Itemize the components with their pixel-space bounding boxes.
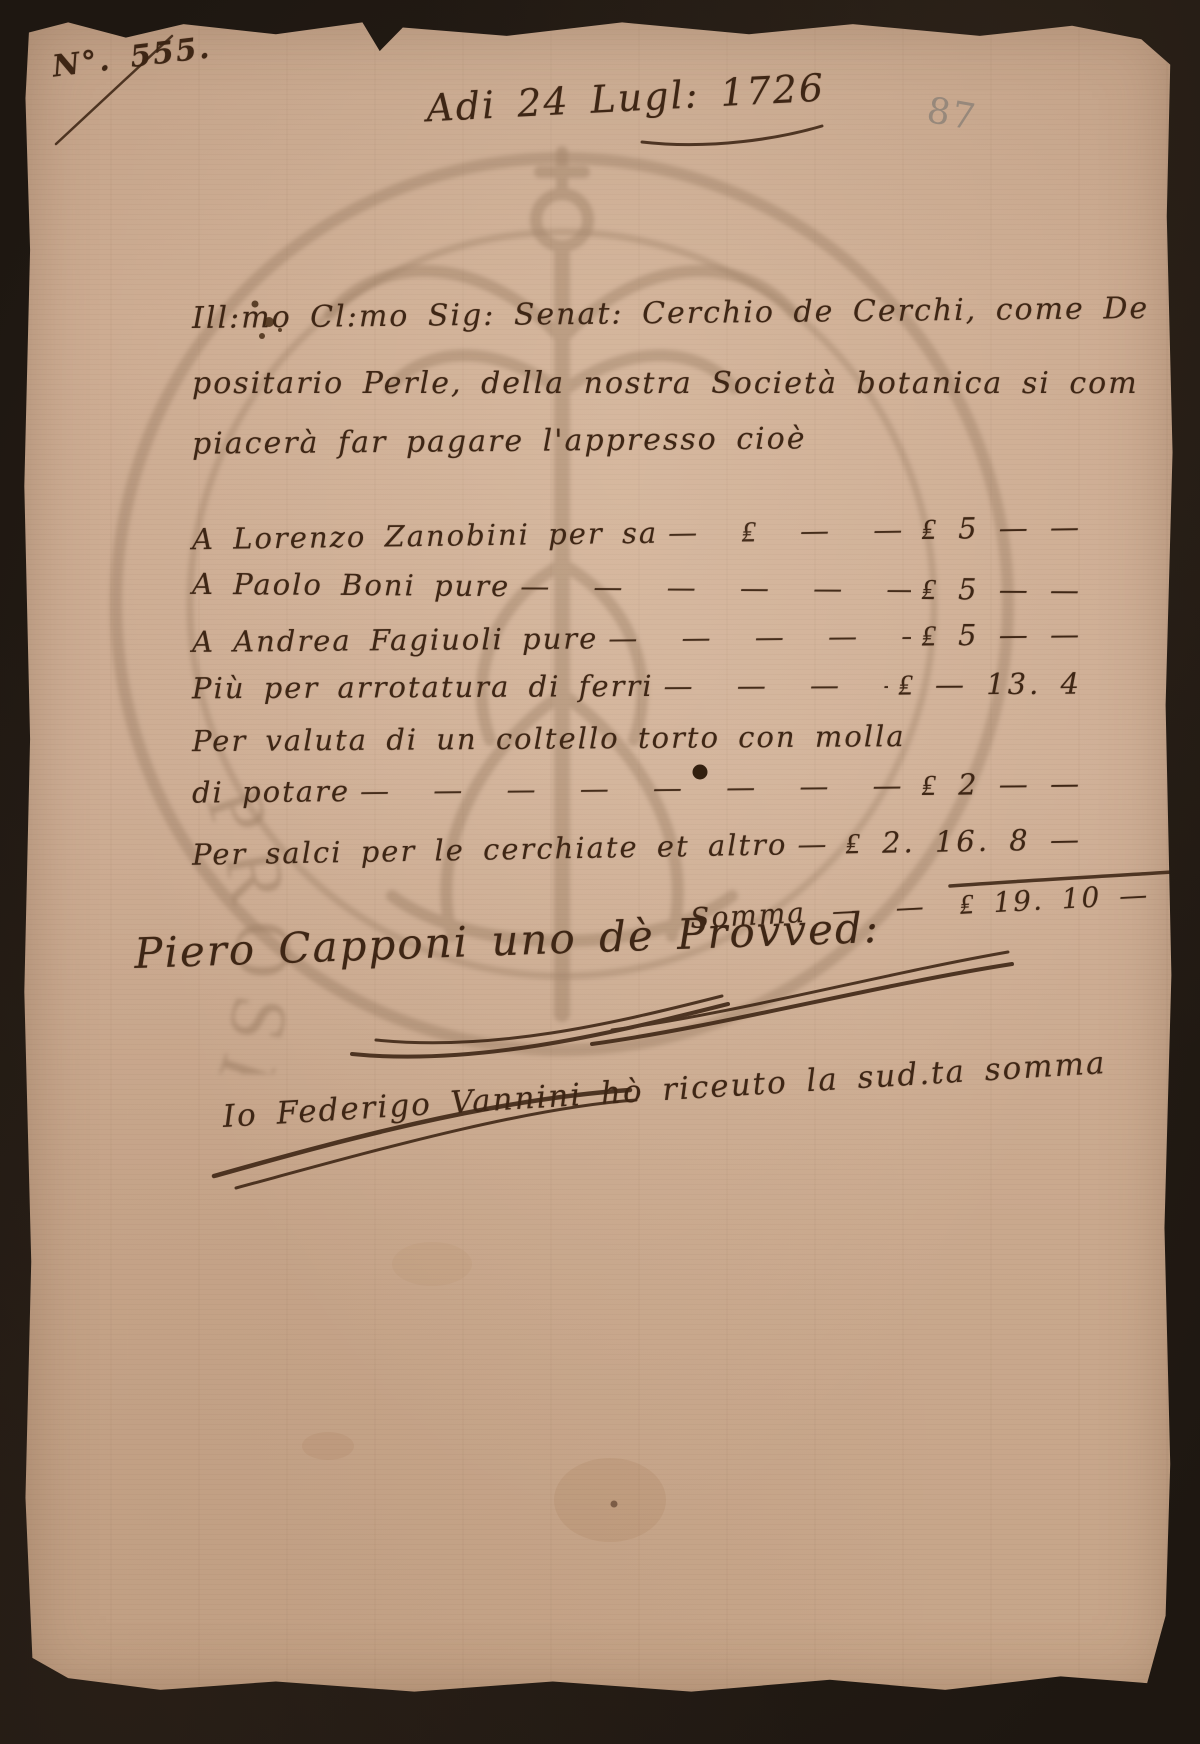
- item-amount: ₤ 2. 16. 8 —: [845, 822, 1082, 861]
- item-description: di potare: [192, 774, 350, 810]
- item-amount: ₤ 5 — —: [921, 617, 1082, 653]
- document-number: N°. 555.: [50, 30, 212, 84]
- paper-stains: [302, 1242, 666, 1542]
- item-amount: ₤ — 13. 4: [898, 667, 1082, 703]
- item-dash-fill: — — — — — — —: [520, 569, 911, 606]
- item-dash-fill: — — — — — —: [663, 668, 888, 703]
- scan-background: PROSPERITATI · PVBLICAE · N°. 555. 87 Ad…: [0, 0, 1200, 1744]
- item-dash-fill: — ₤ — — — —: [668, 512, 912, 550]
- item-description: A Paolo Boni pure: [192, 567, 511, 603]
- salutation-line-2: positario Perle, della nostra Società bo…: [192, 366, 1139, 401]
- date-line: Adi 24 Lugl: 1726: [425, 66, 826, 131]
- pencil-folio-number: 87: [924, 90, 980, 139]
- payment-item-row: Più per arrotatura di ferri — — — — — — …: [192, 667, 1082, 707]
- item-amount: ₤ 5 — —: [921, 510, 1082, 547]
- item-description: Per valuta di un coltello torto con moll…: [192, 719, 906, 758]
- item-dash-fill: — — — —: [797, 827, 835, 862]
- payment-item-row: Per valuta di un coltello torto con moll…: [192, 718, 1082, 758]
- item-description: A Andrea Fagiuoli pure: [192, 621, 599, 659]
- item-description: Più per arrotatura di ferri: [192, 669, 654, 705]
- item-dash-fill: — — — — — —: [608, 619, 911, 656]
- item-amount: ₤ 5 — —: [921, 572, 1082, 608]
- item-description: A Lorenzo Zanobini per sa: [192, 516, 659, 557]
- salutation-line-3: piacerà far pagare l'appresso cioè: [192, 421, 807, 461]
- item-amount: ₤ 2 — —: [921, 766, 1082, 803]
- item-dash-fill: [916, 745, 1072, 746]
- item-dash-fill: — — — — — — — — — —: [360, 768, 912, 808]
- payment-item-row: A Paolo Boni pure — — — — — — — ₤ 5 — —: [192, 567, 1082, 608]
- manuscript-page: PROSPERITATI · PVBLICAE · N°. 555. 87 Ad…: [22, 14, 1176, 1700]
